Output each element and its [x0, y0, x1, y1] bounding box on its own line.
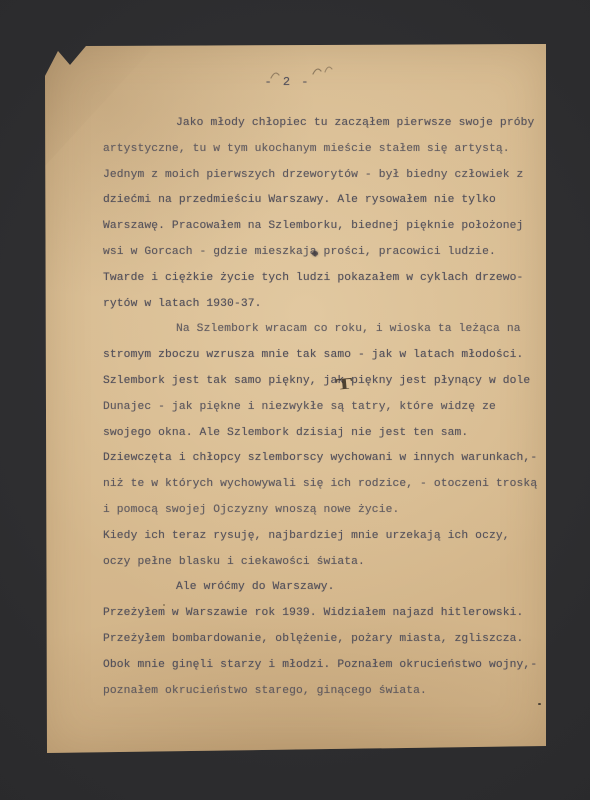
- typewritten-line: Warszawę. Pracowałem na Szlemborku, bied…: [103, 220, 543, 246]
- handwritten-correction-letter: T: [335, 376, 353, 393]
- typewritten-line: niż te w których wychowywali się ich rod…: [103, 478, 543, 504]
- paper-speck: [538, 703, 541, 705]
- typewritten-line: stromym zboczu wzrusza mnie tak samo - j…: [103, 349, 543, 375]
- text-body: Jako młody chłopiec tu zacząłem pierwsze…: [103, 117, 543, 710]
- page-number: - 2 -: [37, 75, 538, 89]
- typewritten-line: Kiedy ich teraz rysuję, najbardziej mnie…: [103, 530, 543, 556]
- typewritten-line: wsi w Gorcach - gdzie mieszkają prości, …: [103, 246, 543, 272]
- typewritten-line: dziećmi na przedmieściu Warszawy. Ale ry…: [103, 194, 543, 220]
- paper-speck: [163, 604, 165, 606]
- typewritten-line: artystyczne, tu w tym ukochanym mieście …: [103, 143, 543, 169]
- ink-blot: [312, 251, 318, 256]
- typewritten-line: oczy pełne blasku i ciekawości świata.: [103, 556, 543, 582]
- typewritten-line: Jednym z moich pierwszych drzeworytów - …: [103, 169, 543, 195]
- typewritten-line: poznałem okrucieństwo starego, ginącego …: [103, 685, 543, 711]
- typewritten-line: Dunajec - jak piękne i niezwykłe są tatr…: [103, 401, 543, 427]
- typewritten-line: Na Szlembork wracam co roku, i wioska ta…: [103, 323, 543, 349]
- typewritten-line: Przeżyłem w Warszawie rok 1939. Widziałe…: [103, 607, 543, 633]
- typewritten-line: Dziewczęta i chłopcy szlemborscy wychowa…: [103, 452, 543, 478]
- typewritten-line: i pomocą swojej Ojczyzny wnoszą nowe życ…: [103, 504, 543, 530]
- document-page: - 2 - Jako młody chłopiec tu zacząłem pi…: [45, 44, 546, 753]
- typewritten-line: swojego okna. Ale Szlembork dzisiaj nie …: [103, 427, 543, 453]
- typewritten-line: Jako młody chłopiec tu zacząłem pierwsze…: [103, 117, 543, 143]
- typewritten-line: Obok mnie ginęli starzy i młodzi. Poznał…: [103, 659, 543, 685]
- photo-backdrop: - 2 - Jako młody chłopiec tu zacząłem pi…: [0, 0, 590, 800]
- typewritten-line: Ale wróćmy do Warszawy.: [103, 581, 543, 607]
- typewritten-line: Twarde i ciężkie życie tych ludzi pokaza…: [103, 272, 543, 298]
- typewritten-line: Przeżyłem bombardowanie, oblężenie, poża…: [103, 633, 543, 659]
- typewritten-line: Szlembork jest tak samo piękny, jak pięk…: [103, 375, 543, 401]
- typewritten-line: rytów w latach 1930-37.: [103, 298, 543, 324]
